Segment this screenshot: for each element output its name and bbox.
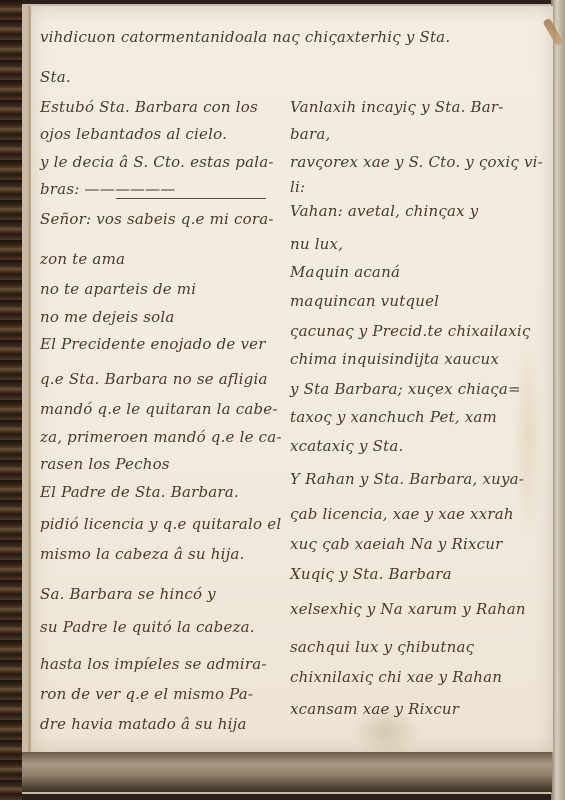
book-binding [0,0,22,800]
right-line: Maquin acaná [290,263,400,281]
left-line: q.e Sta. Barbara no se afligia [40,370,268,388]
right-line: chima inquisindijta xaucux [290,350,499,368]
right-line: ravςorex xae y S. Cto. y ςoxiς vi- [290,153,543,171]
right-line: Vahan: avetal, chinςax y [290,202,478,220]
horizontal-rule [116,198,266,199]
header-line: vihdicuon catormentanidoala naς chiςaxte… [40,28,450,46]
left-line: Sta. [40,68,71,86]
left-line: su Padre le quitó la cabeza. [40,618,255,636]
left-line: zon te ama [40,250,125,268]
right-line: taxoς y xanchuch Pet, xam [290,408,497,426]
right-line: ςacunaς y Precid.te chixailaxiς [290,322,530,340]
right-line: bara, [290,125,330,143]
left-line: ojos lebantados al cielo. [40,125,227,143]
left-line: za, primeroen mandó q.e le ca- [40,428,282,446]
right-line: ςab licencia, xae y xae xxrah [290,505,514,523]
left-line: Estubó Sta. Barbara con los [40,98,258,116]
right-line: y Sta Barbara; xuςex chiaςa= [290,380,521,398]
left-line: mandó q.e le quitaran la cabe- [40,400,278,418]
right-line: maquincan vutquel [290,292,439,310]
left-line: El Padre de Sta. Barbara. [40,483,239,501]
left-line: pidió licencia y q.e quitaralo el [40,515,281,533]
right-line: Y Rahan y Sta. Barbara, xuya- [290,470,524,488]
page-bottom-edge [22,752,552,792]
left-line: y le decia â S. Cto. estas pala- [40,153,274,171]
left-line: mismo la cabeza â su hija. [40,545,245,563]
right-line: chixnilaxiς chi xae y Rahan [290,668,502,686]
left-line: rasen los Pechos [40,455,170,473]
right-page-edge [551,0,565,800]
right-line: nu lux, [290,235,343,253]
right-line: xcansam xae y Rixcur [290,700,459,718]
left-line: El Precidente enojado de ver [40,335,266,353]
left-line: no me dejeis sola [40,308,174,326]
left-line: Señor: vos sabeis q.e mi cora- [40,210,274,228]
left-line: dre havia matado â su hija [40,715,247,733]
right-line: li: [290,178,305,196]
left-line: no te aparteis de mi [40,280,196,298]
right-line: Vanlaxih incayiς y Sta. Bar- [290,98,504,116]
right-line: xuς ςab xaeiah Na y Rixcur [290,535,503,553]
right-line: sachqui lux y ςhibutnaς [290,638,474,656]
left-line: Sa. Barbara se hincó y [40,585,216,603]
right-line: Xuqiς y Sta. Barbara [290,565,452,583]
left-line: hasta los impíeles se admira- [40,655,267,673]
left-line: bras: —————— [40,180,176,198]
right-line: xelsexhiς y Na xarum y Rahan [290,600,526,618]
left-line: ron de ver q.e el mismo Pa- [40,685,253,703]
right-line: xcataxiς y Sta. [290,437,403,455]
